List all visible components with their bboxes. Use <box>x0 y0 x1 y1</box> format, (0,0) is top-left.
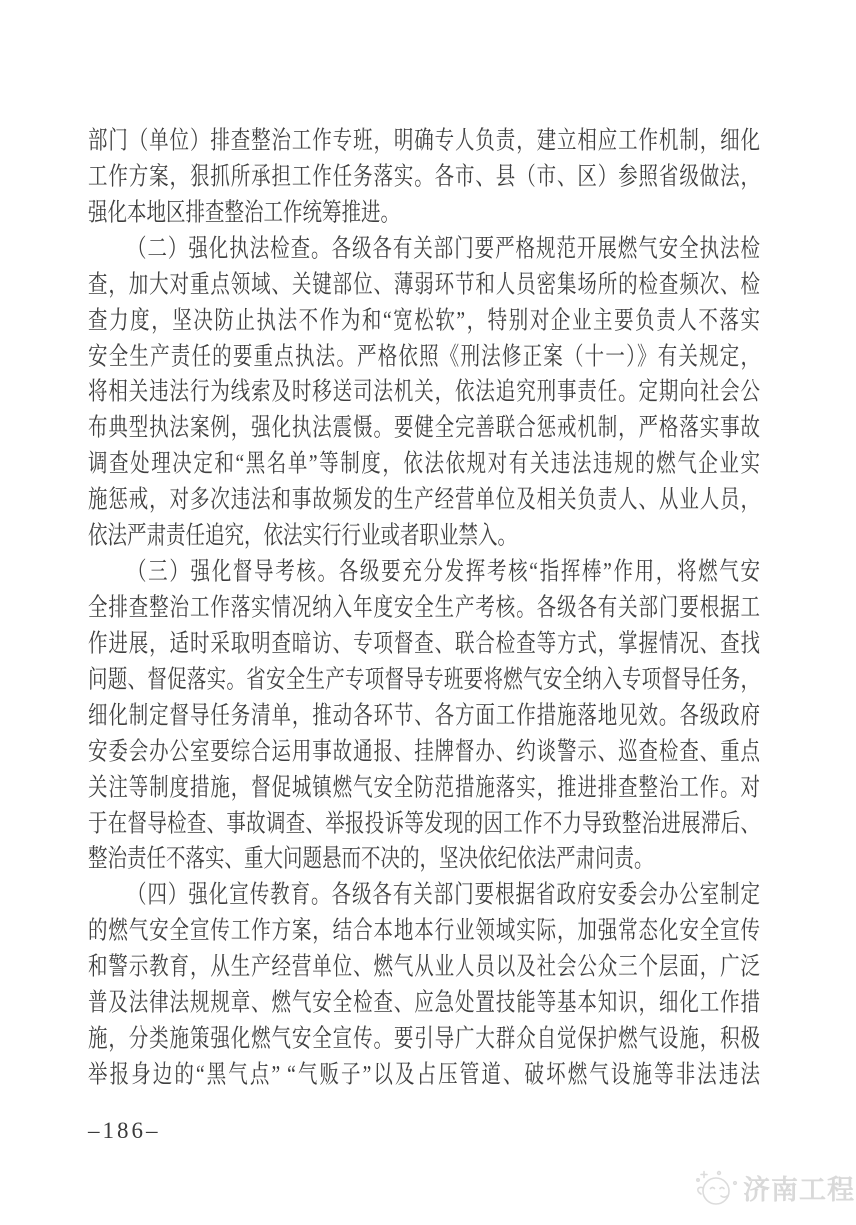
watermark: 济南工程 <box>690 1166 855 1208</box>
page-number: –186– <box>88 1118 161 1144</box>
document-body: 部门（单位）排查整治工作专班，明确专人负责，建立相应工作机制，细化工作方案，狠抓… <box>88 124 760 1094</box>
page: 部门（单位）排查整治工作专班，明确专人负责，建立相应工作机制，细化工作方案，狠抓… <box>0 0 856 1225</box>
watermark-text: 济南工程 <box>743 1168 855 1207</box>
mascot-icon <box>690 1166 738 1208</box>
body-line: 举报身边的“黑气点” “气贩子”以及占压管道、破坏燃气设施等非法违法 <box>88 1053 760 1099</box>
